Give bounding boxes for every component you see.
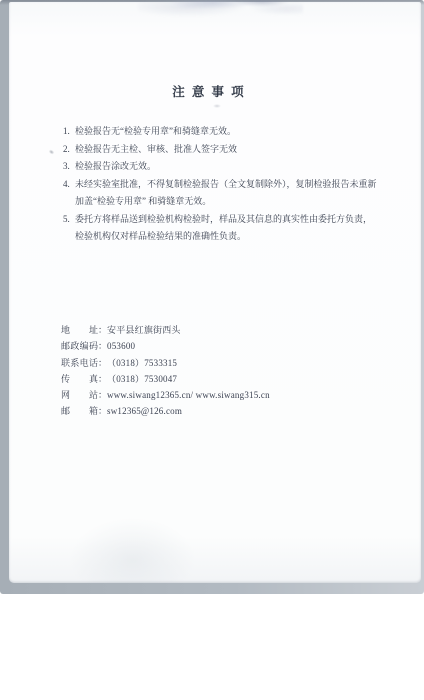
contact-label: 网站 — [61, 387, 98, 403]
contact-row-website: 网站：www.siwang12365.cn/ www.siwang315.cn — [61, 387, 410, 403]
contact-value-address: 安平县红旗街西头 — [107, 322, 181, 338]
contact-value-phone: （0318）7533315 — [107, 355, 177, 371]
notice-item: 1. 检验报告无“检验专用章”和骑缝章无效。 — [63, 123, 406, 141]
notice-number: 4. — [63, 176, 75, 194]
notice-text: 委托方将样品送到检验机构检验时，样品及其信息的真实性由委托方负责， 检验机构仅对… — [75, 211, 372, 246]
notice-item: 3. 检验报告涂改无效。 — [63, 158, 406, 176]
contact-row-address: 地址：安平县红旗街西头 — [61, 322, 410, 338]
contact-info-block: 地址：安平县红旗街西头 邮政编码：053600 联系电话：（0318）75333… — [61, 322, 410, 420]
notice-text: 检验报告无“检验专用章”和骑缝章无效。 — [75, 123, 236, 141]
contact-value-email: sw12365@126.com — [107, 403, 182, 419]
notice-number: 2. — [63, 141, 75, 159]
scanned-document-canvas: { "document": { "title": "注 意 事 项", "not… — [0, 0, 424, 700]
contact-colon: ： — [98, 387, 107, 403]
contact-row-postcode: 邮政编码：053600 — [61, 338, 410, 354]
contact-value-fax: （0318）7530047 — [107, 371, 177, 387]
contact-label: 邮箱 — [61, 403, 98, 419]
contact-label: 联系电话 — [61, 355, 98, 371]
contact-colon: ： — [98, 322, 107, 338]
contact-colon: ： — [98, 355, 107, 371]
notice-item: 5. 委托方将样品送到检验机构检验时，样品及其信息的真实性由委托方负责， 检验机… — [63, 211, 406, 246]
notice-number: 1. — [63, 123, 75, 141]
notice-item: 4. 未经实验室批准，不得复制检验报告（全文复制除外），复制检验报告未重新 加盖… — [63, 176, 406, 211]
contact-label: 传真 — [61, 371, 98, 387]
contact-row-phone: 联系电话：（0318）7533315 — [61, 355, 410, 371]
contact-value-postcode: 053600 — [107, 338, 135, 354]
notice-list: 1. 检验报告无“检验专用章”和骑缝章无效。 2. 检验报告无主检、审核、批准人… — [63, 123, 406, 246]
notice-text: 未经实验室批准，不得复制检验报告（全文复制除外），复制检验报告未重新 加盖“检验… — [75, 176, 377, 211]
document-content: 注 意 事 项 1. 检验报告无“检验专用章”和骑缝章无效。 2. 检验报告无主… — [0, 0, 424, 594]
contact-row-email: 邮箱：sw12365@126.com — [61, 403, 410, 419]
notice-text: 检验报告涂改无效。 — [75, 158, 156, 176]
contact-label: 地址 — [61, 322, 98, 338]
scanner-edge-frame: 注 意 事 项 1. 检验报告无“检验专用章”和骑缝章无效。 2. 检验报告无主… — [0, 0, 424, 594]
contact-row-fax: 传真：（0318）7530047 — [61, 371, 410, 387]
contact-colon: ： — [98, 371, 107, 387]
notice-number: 5. — [63, 211, 75, 229]
contact-value-website: www.siwang12365.cn/ www.siwang315.cn — [107, 387, 270, 403]
contact-colon: ： — [98, 403, 107, 419]
page-title: 注 意 事 项 — [0, 82, 418, 100]
notice-text: 检验报告无主检、审核、批准人签字无效 — [75, 141, 237, 159]
notice-number: 3. — [63, 158, 75, 176]
notice-item: 2. 检验报告无主检、审核、批准人签字无效 — [63, 141, 406, 159]
contact-colon: ： — [98, 338, 107, 354]
contact-label: 邮政编码 — [61, 338, 98, 354]
